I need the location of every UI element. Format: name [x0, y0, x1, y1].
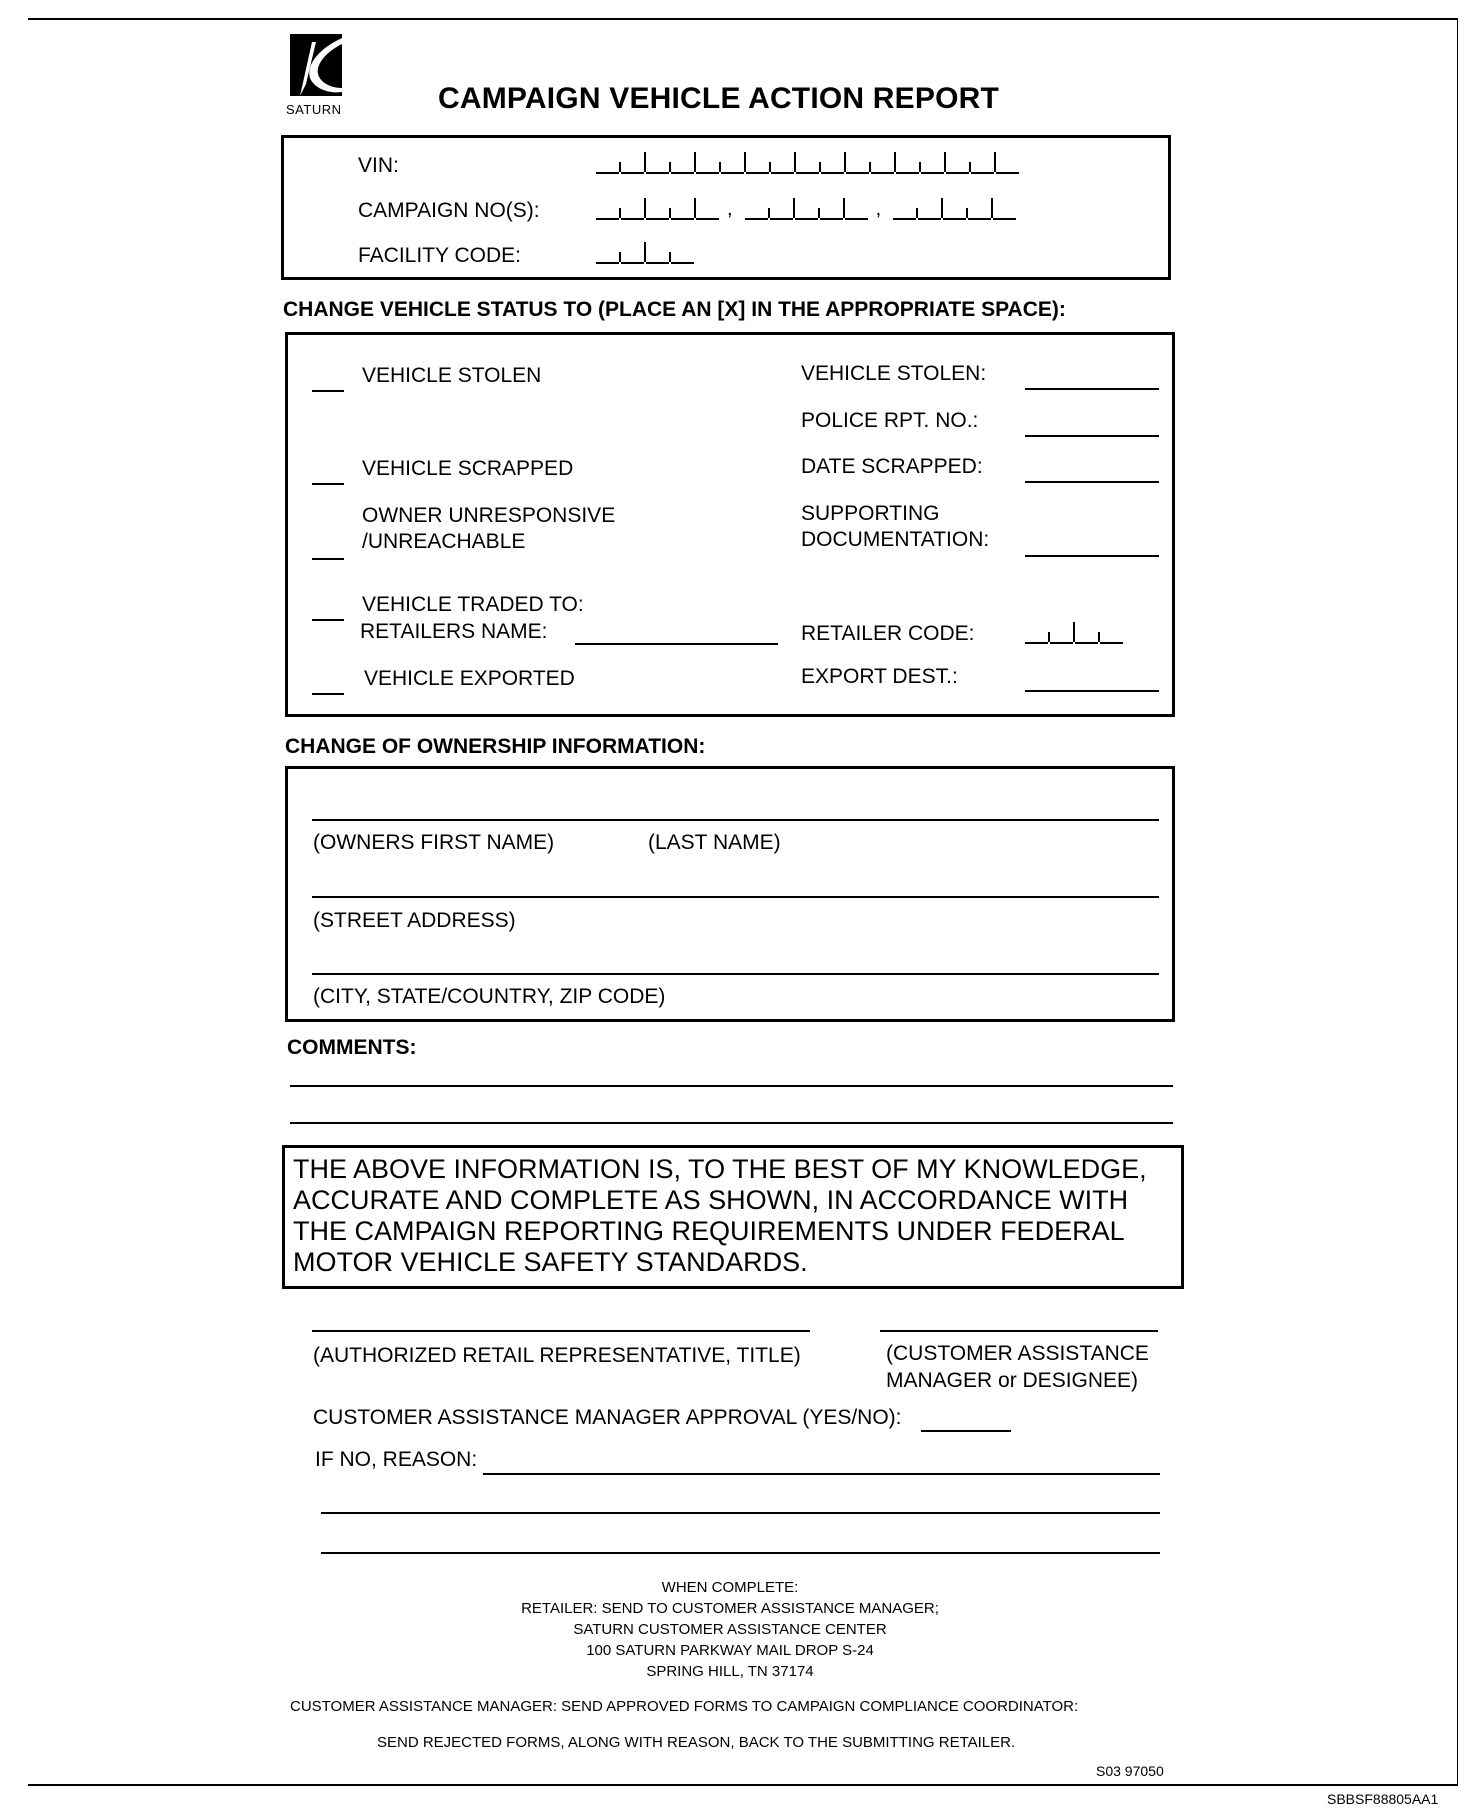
character-slot[interactable] [820, 200, 843, 220]
character-slot[interactable] [1100, 624, 1123, 644]
character-slot[interactable] [996, 154, 1019, 174]
retail-representative-label: (AUTHORIZED RETAIL REPRESENTATIVE, TITLE… [313, 1344, 801, 1368]
police-report-field[interactable] [1025, 435, 1159, 437]
city-state-zip-field[interactable] [312, 973, 1159, 975]
form-number: S03 97050 [1096, 1763, 1164, 1779]
character-slot[interactable] [671, 200, 694, 220]
character-slot[interactable] [621, 200, 644, 220]
instruction-line-3: SATURN CUSTOMER ASSISTANCE CENTER [390, 1619, 1070, 1640]
customer-assistance-manager-label: (CUSTOMER ASSISTANCE [886, 1342, 1149, 1366]
brand-name: SATURN [286, 102, 348, 117]
status-heading: CHANGE VEHICLE STATUS TO (PLACE AN [X] I… [283, 298, 1066, 322]
retail-representative-signature-field[interactable] [312, 1330, 810, 1332]
vehicle-traded-checkbox[interactable] [312, 619, 344, 621]
owner-unreachable-option: /UNREACHABLE [362, 530, 525, 554]
character-slot[interactable] [896, 154, 919, 174]
character-slot[interactable] [621, 154, 644, 174]
instruction-line-7: SEND REJECTED FORMS, ALONG WITH REASON, … [377, 1734, 1015, 1751]
ownership-heading: CHANGE OF OWNERSHIP INFORMATION: [285, 735, 705, 759]
character-slot[interactable] [1075, 624, 1098, 644]
supporting-label: SUPPORTING [801, 502, 939, 526]
vehicle-scrapped-checkbox[interactable] [312, 483, 344, 485]
mailing-instructions: WHEN COMPLETE: RETAILER: SEND TO CUSTOME… [390, 1577, 1070, 1682]
character-slot[interactable] [596, 200, 619, 220]
reason-label: IF NO, REASON: [315, 1448, 477, 1472]
character-slot[interactable] [621, 244, 644, 264]
character-slot[interactable] [821, 154, 844, 174]
retailer-code-label: RETAILER CODE: [801, 622, 974, 646]
vehicle-stolen-option: VEHICLE STOLEN [362, 364, 541, 388]
saturn-logo-icon [290, 34, 342, 96]
character-slot[interactable] [795, 200, 818, 220]
character-slot[interactable] [846, 154, 869, 174]
character-slot[interactable] [671, 244, 694, 264]
date-scrapped-label: DATE SCRAPPED: [801, 455, 983, 479]
character-slot[interactable] [845, 200, 868, 220]
instruction-line-6: CUSTOMER ASSISTANCE MANAGER: SEND APPROV… [290, 1698, 1078, 1715]
supporting-documentation-field[interactable] [1025, 555, 1159, 557]
campaign-label: CAMPAIGN NO(S): [358, 199, 540, 223]
manager-or-designee-label: MANAGER or DESIGNEE) [886, 1369, 1138, 1393]
character-slot[interactable] [770, 200, 793, 220]
owner-unresponsive-option: OWNER UNRESPONSIVE [362, 504, 615, 528]
character-slot[interactable] [671, 154, 694, 174]
retailer-code-input[interactable] [1025, 622, 1125, 644]
campaign-number-group[interactable] [596, 198, 721, 220]
certification-line-1: THE ABOVE INFORMATION IS, TO THE BEST OF… [293, 1154, 1147, 1185]
character-slot[interactable] [1025, 624, 1048, 644]
character-slot[interactable] [696, 200, 719, 220]
character-slot[interactable] [721, 154, 744, 174]
ownership-box [285, 766, 1175, 1022]
certification-line-3: THE CAMPAIGN REPORTING REQUIREMENTS UNDE… [293, 1216, 1147, 1247]
campaign-number-input[interactable]: ,, [596, 198, 1018, 220]
campaign-separator: , [727, 198, 733, 220]
certification-statement: THE ABOVE INFORMATION IS, TO THE BEST OF… [293, 1154, 1147, 1278]
character-slot[interactable] [1050, 624, 1073, 644]
certification-line-2: ACCURATE AND COMPLETE AS SHOWN, IN ACCOR… [293, 1185, 1147, 1216]
comments-line-2[interactable] [290, 1122, 1173, 1124]
vehicle-exported-checkbox[interactable] [312, 693, 344, 695]
character-slot[interactable] [596, 244, 619, 264]
page-title: CAMPAIGN VEHICLE ACTION REPORT [438, 82, 999, 116]
reason-field-1[interactable] [483, 1473, 1160, 1475]
street-address-field[interactable] [312, 896, 1159, 898]
date-scrapped-field[interactable] [1025, 481, 1159, 483]
character-slot[interactable] [646, 244, 669, 264]
instruction-line-5: SPRING HILL, TN 37174 [390, 1661, 1070, 1682]
character-slot[interactable] [893, 200, 916, 220]
instruction-line-1: WHEN COMPLETE: [390, 1577, 1070, 1598]
owner-name-field[interactable] [312, 819, 1159, 821]
vin-label: VIN: [358, 154, 399, 178]
police-report-label: POLICE RPT. NO.: [801, 409, 978, 433]
retailers-name-field[interactable] [575, 643, 778, 645]
vehicle-stolen-checkbox[interactable] [312, 390, 344, 392]
character-slot[interactable] [943, 200, 966, 220]
document-code: SBBSF88805AA1 [1327, 1791, 1438, 1807]
comments-heading: COMMENTS: [287, 1036, 417, 1060]
export-dest-field[interactable] [1025, 690, 1159, 692]
character-slot[interactable] [796, 154, 819, 174]
facility-code-label: FACILITY CODE: [358, 244, 521, 268]
approval-field[interactable] [921, 1430, 1011, 1432]
campaign-number-group[interactable] [745, 198, 870, 220]
character-slot[interactable] [968, 200, 991, 220]
certification-line-4: MOTOR VEHICLE SAFETY STANDARDS. [293, 1247, 1147, 1278]
owner-unresponsive-checkbox[interactable] [312, 558, 344, 560]
vehicle-traded-option: VEHICLE TRADED TO: [362, 593, 584, 617]
instruction-line-4: 100 SATURN PARKWAY MAIL DROP S-24 [390, 1640, 1070, 1661]
export-dest-label: EXPORT DEST.: [801, 665, 958, 689]
approval-label: CUSTOMER ASSISTANCE MANAGER APPROVAL (YE… [313, 1406, 902, 1430]
owner-last-name-label: (LAST NAME) [648, 831, 781, 855]
facility-code-input[interactable] [596, 242, 696, 264]
vehicle-stolen-field-label: VEHICLE STOLEN: [801, 362, 986, 386]
reason-field-3[interactable] [321, 1552, 1160, 1554]
character-slot[interactable] [921, 154, 944, 174]
instruction-line-2: RETAILER: SEND TO CUSTOMER ASSISTANCE MA… [390, 1598, 1070, 1619]
city-state-zip-label: (CITY, STATE/COUNTRY, ZIP CODE) [313, 985, 665, 1009]
campaign-number-group[interactable] [893, 198, 1018, 220]
character-slot[interactable] [918, 200, 941, 220]
owner-first-name-label: (OWNERS FIRST NAME) [313, 831, 554, 855]
street-address-label: (STREET ADDRESS) [313, 909, 516, 933]
customer-assistance-manager-signature-field[interactable] [880, 1330, 1158, 1332]
saturn-logo: SATURN [286, 34, 348, 124]
character-slot[interactable] [971, 154, 994, 174]
character-slot[interactable] [746, 154, 769, 174]
comments-line-1[interactable] [290, 1085, 1173, 1087]
vehicle-scrapped-option: VEHICLE SCRAPPED [362, 457, 573, 481]
documentation-label: DOCUMENTATION: [801, 528, 989, 552]
character-slot[interactable] [946, 154, 969, 174]
character-slot[interactable] [871, 154, 894, 174]
vehicle-exported-option: VEHICLE EXPORTED [364, 667, 575, 691]
character-slot[interactable] [596, 154, 619, 174]
campaign-separator: , [876, 198, 882, 220]
retailers-name-label: RETAILERS NAME: [360, 620, 547, 644]
character-slot[interactable] [646, 200, 669, 220]
vin-input[interactable] [596, 152, 1021, 174]
character-slot[interactable] [745, 200, 768, 220]
reason-field-2[interactable] [321, 1512, 1160, 1514]
character-slot[interactable] [771, 154, 794, 174]
character-slot[interactable] [696, 154, 719, 174]
character-slot[interactable] [993, 200, 1016, 220]
character-slot[interactable] [646, 154, 669, 174]
vehicle-stolen-field[interactable] [1025, 388, 1159, 390]
